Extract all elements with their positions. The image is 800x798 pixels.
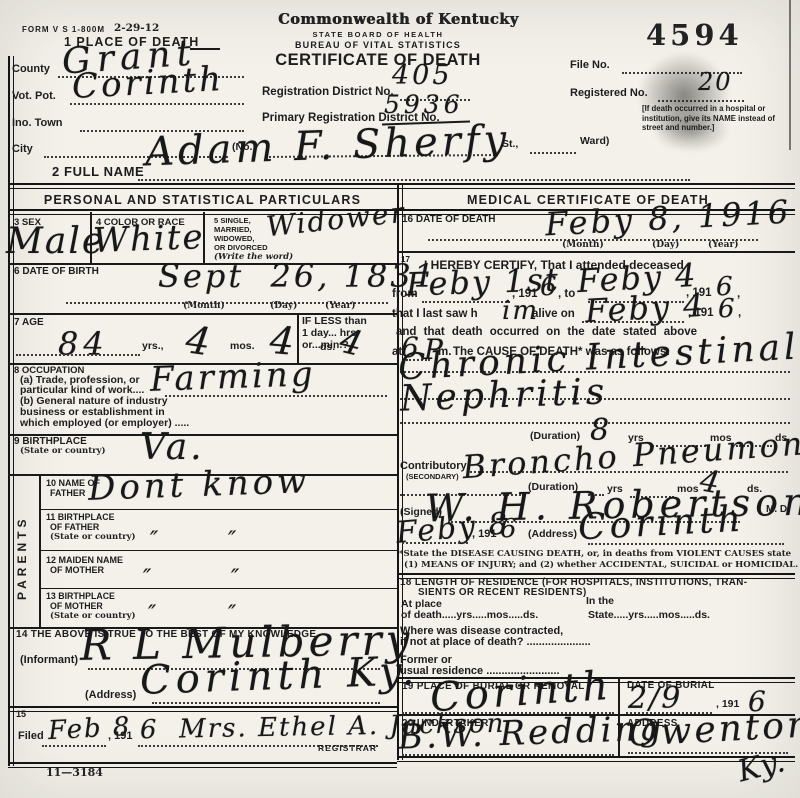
mother-name-ditto-handwriting: ″	[231, 568, 241, 590]
contributory-label: Contributory	[400, 461, 467, 473]
last-saw-label-a: that I last saw h	[392, 308, 478, 320]
yrs-label: yrs.,	[142, 341, 164, 352]
last-saw-label-b: alive on	[532, 308, 575, 320]
registration-district-label: Registration District No.	[262, 86, 394, 98]
undertaker-value-handwriting: B.W. Redding	[397, 711, 664, 754]
at-place-line: of death.....yrs.....mos.....ds.	[401, 610, 538, 621]
in-the-line: In the	[586, 596, 614, 607]
md-label: M. D.	[766, 505, 790, 516]
month-label: (Month)	[562, 241, 604, 250]
signed-year-digit-handwriting: 6	[500, 516, 519, 542]
contracted-line: if not at place of death? ..............…	[400, 637, 591, 649]
from-year-digit-handwriting: 6	[540, 274, 559, 300]
residence-title-line: SIENTS OR RECENT RESIDENTS)	[418, 588, 587, 598]
if-less-line: IF LESS than	[302, 316, 367, 327]
dob-label: 6 DATE OF BIRTH	[14, 267, 99, 278]
certificate-number: 4594	[646, 20, 743, 50]
right-edge-line	[789, 0, 791, 150]
father-bp-hint: (State or country)	[50, 533, 136, 542]
precinct-value-handwriting: Corinth	[71, 62, 225, 104]
year-printed: , 191	[688, 307, 714, 319]
marital-label-line: MARRIED,	[214, 226, 252, 234]
filed-number: 15	[16, 710, 26, 719]
marital-label-line: WIDOWED,	[214, 235, 255, 243]
month-label: (Month)	[183, 302, 225, 311]
mos-label: mos.	[230, 341, 255, 352]
file-no-label: File No.	[570, 60, 610, 72]
birthplace-hint: (State or country)	[20, 447, 106, 456]
if-less-line: or...min.?	[302, 340, 349, 351]
secondary-label: (SECONDARY)	[406, 473, 459, 481]
year-label: (Year)	[708, 241, 738, 250]
cause-value-line2-handwriting: Nephritis	[399, 374, 608, 417]
certify-number: 17	[401, 256, 410, 264]
filed-label: Filed	[18, 731, 44, 743]
marital-label-line: 5 SINGLE,	[214, 217, 251, 225]
birthplace-value-handwriting: Va.	[140, 430, 205, 466]
row-rule	[39, 588, 397, 589]
row-rule	[39, 550, 397, 551]
mother-bp-label-line: 13 BIRTHPLACE	[46, 592, 115, 601]
form-revision-date: 2-29-12	[114, 23, 159, 34]
registered-no-label: Registered No.	[570, 88, 648, 100]
day-label: (Day)	[270, 302, 297, 311]
sex-value-handwriting: Male	[6, 224, 105, 260]
year-printed: , 191	[472, 529, 496, 541]
footnote-line: (1) MEANS OF INJURY; and (2) whether ACC…	[404, 561, 798, 570]
mother-bp-label-line: OF MOTHER	[50, 602, 103, 611]
commonwealth-heading: Commonwealth of Kentucky	[278, 12, 478, 27]
father-bp-label-line: OF FATHER	[50, 523, 99, 532]
registration-district-value-handwriting: 405	[392, 62, 453, 89]
parents-vertical-label: PARENTS	[16, 516, 29, 600]
registered-no-value-handwriting: 20	[698, 70, 733, 94]
primary-district-value-handwriting: 5936	[384, 92, 464, 117]
footer-code: 11—3184	[46, 767, 103, 779]
age-months-handwriting: 4	[183, 320, 214, 361]
form-code: FORM V S 1-800M	[22, 26, 105, 34]
mother-name-label-line: OF MOTHER	[50, 566, 104, 575]
certificate-title: CERTIFICATE OF DEATH	[258, 52, 498, 69]
color-race-value-handwriting: White	[92, 220, 205, 258]
occupation-value-handwriting: Farming	[149, 357, 316, 397]
footnote-line: *State the DISEASE CAUSING DEATH, or, in…	[399, 550, 791, 559]
county-label: County	[12, 64, 50, 76]
full-name-value-handwriting: Adam F. Sherfy	[144, 120, 510, 173]
row-rule	[397, 251, 795, 253]
informant-address-value-handwriting: Corinth Ky.	[139, 651, 419, 701]
informant-address-label: (Address)	[85, 690, 136, 702]
if-less-line: 1 day... hrs.	[302, 328, 359, 339]
bottom-rule-right	[397, 756, 795, 762]
year-label: (Year)	[325, 302, 355, 311]
date-of-death-label: 16 DATE OF DEATH	[402, 215, 496, 226]
registrar-label: REGISTRAR	[318, 744, 377, 753]
father-bp-ditto-handwriting: ″	[150, 530, 160, 552]
full-name-dots	[138, 177, 690, 181]
day-label: (Day)	[652, 241, 679, 250]
certify-to-label: , to	[558, 288, 575, 300]
town-label: Ino. Town	[12, 118, 63, 130]
left-border-line	[8, 56, 14, 766]
row-rule	[39, 509, 397, 510]
full-name-label: 2 FULL NAME	[52, 165, 144, 179]
father-bp-label-line: 11 BIRTHPLACE	[46, 513, 114, 522]
bureau-heading: BUREAU OF VITAL STATISTICS	[278, 41, 478, 50]
death-certificate-document: FORM V S 1-800M 2-29-12 1 PLACE OF DEATH…	[0, 0, 800, 798]
signed-address-value-handwriting: Corinth	[577, 502, 745, 547]
signed-address-label: (Address)	[528, 529, 577, 540]
state-board-heading: STATE BOARD OF HEALTH	[278, 31, 478, 39]
age-dots	[16, 352, 140, 356]
comma-printed: ,	[738, 307, 741, 319]
age-label: 7 AGE	[14, 318, 44, 329]
father-name-value-handwriting: Dont know	[87, 464, 310, 506]
comma-printed: ,	[737, 288, 740, 300]
last-saw-year-digit-handwriting: 6	[718, 296, 737, 322]
hospital-note: [If death occurred in a hospital or inst…	[642, 104, 784, 133]
in-the-line: State.....yrs.....mos.....ds.	[588, 610, 710, 621]
mother-name-ditto-handwriting: ″	[143, 568, 153, 590]
marital-label-line: OR DIVORCED	[214, 244, 268, 252]
father-name-label-line: FATHER	[50, 489, 85, 498]
filed-year-printed: , 191	[108, 731, 132, 743]
signed-date-dots	[402, 540, 468, 544]
city-label: City	[12, 144, 33, 156]
ward-label: Ward)	[580, 136, 609, 147]
precinct-label: Vot. Pot.	[12, 91, 56, 103]
father-bp-ditto-handwriting: ″	[228, 530, 238, 552]
informant-label: (Informant)	[20, 655, 78, 667]
ward-dotted-line	[530, 150, 576, 154]
undertaker-address-state-handwriting: Ky.	[735, 747, 790, 788]
